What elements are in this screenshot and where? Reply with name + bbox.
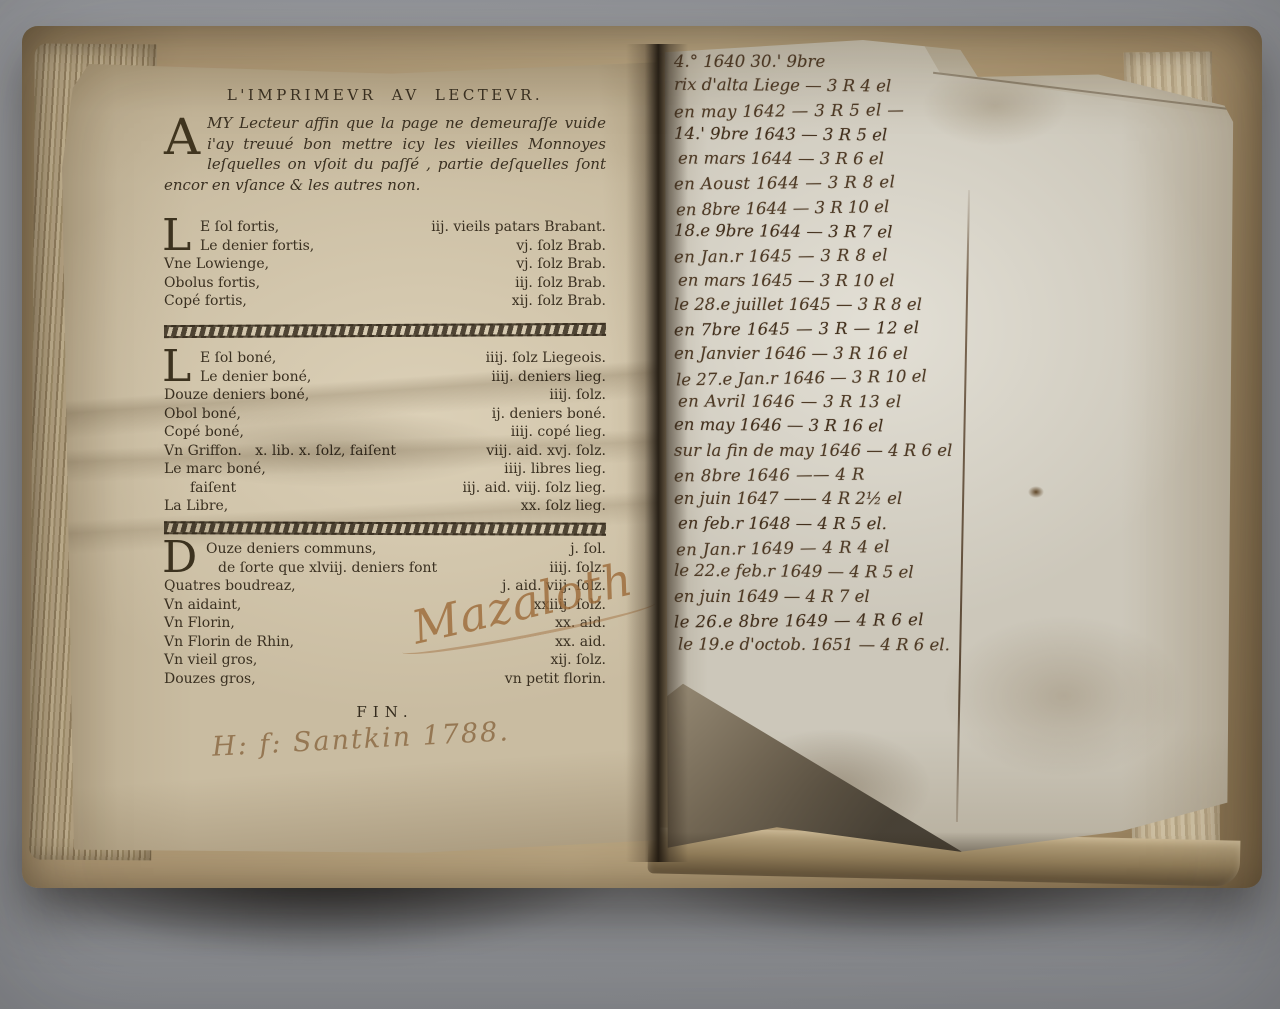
table-row: E ſol fortis, iij. vieils patars Brabant… [164,218,606,237]
entry-name: Obol boné, [164,405,241,424]
entry-name: Obolus fortis, [164,274,260,293]
entry-name: Douzes gros, [164,670,256,689]
entry-name: faiſent [190,479,236,498]
manuscript-line: le 19.e d'octob. 1651 — 4 R 6 el. [678,633,988,658]
manuscript-lines: 4.° 1640 30.' 9bre rix d'alta Liege — 3 … [674,50,984,657]
printed-page: L'IMPRIMEVR AV LECTEVR. AMY Lecteur affi… [62,56,660,856]
entry-name: Ouze deniers communs, [206,540,376,559]
manuscript-line: en Janvier 1646 — 3 R 16 el [674,342,984,366]
intro-text: MY Lecteur affin que la page ne demeuraſ… [164,114,606,194]
entry-value: iiij. ſolz Liegeois. [486,349,606,368]
entry-name: Copé boné, [164,423,244,442]
table-row: Douzes gros, vn petit florin. [164,670,606,689]
page-title: L'IMPRIMEVR AV LECTEVR. [164,86,606,104]
manuscript-line: le 28.e juillet 1645 — 3 R 8 el [674,293,984,317]
manuscript-line: en may 1646 — 3 R 16 el [674,413,984,440]
ornament-divider [164,521,606,536]
manuscript-line: en juin 1649 — 4 R 7 el [674,585,984,609]
entry-value: vn petit florin. [505,670,606,689]
manuscript-page: 4.° 1640 30.' 9bre rix d'alta Liege — 3 … [662,40,1236,860]
manuscript-line: le 22.e feb.r 1649 — 4 R 5 el [674,559,984,586]
entry-value: iij. ſolz Brab. [515,274,606,293]
manuscript-line: le 26.e 8bre 1649 — 4 R 6 el [674,607,984,634]
manuscript-line: en 8bre 1644 — 3 R 10 el [676,193,986,222]
table-row: Le denier boné, iiij. deniers lieg. [164,368,606,387]
drop-cap-l1: L [162,217,191,254]
entry-name: Vn vieil gros, [164,651,257,670]
manuscript-line: 4.° 1640 30.' 9bre [674,50,984,74]
entry-value: xij. ſolz. [550,651,606,670]
drop-cap-l2: L [162,348,191,385]
section2-rows: E ſol boné, iiij. ſolz Liegeois. Le deni… [164,349,606,516]
ink-stain [1028,486,1044,498]
table-row: Le marc boné, iiij. libres lieg. [164,460,606,479]
entry-name: E ſol boné, [200,349,276,368]
drop-cap-d: D [162,539,197,576]
manuscript-line: sur la fin de may 1646 — 4 R 6 el [674,439,984,463]
manuscript-line: en Jan.r 1645 — 3 R 8 el [674,243,984,270]
entry-value: vj. ſolz Brab. [516,255,606,274]
entry-value: iiij. deniers lieg. [491,368,606,387]
section1-rows: E ſol fortis, iij. vieils patars Brabant… [164,218,606,311]
entry-value: iij. aid. viij. ſolz lieg. [462,479,606,498]
entry-name: Vn Griffon. x. lib. x. ſolz, faiſent [164,442,396,461]
entry-value: iiij. ſolz. [549,386,606,405]
manuscript-line: en 7bre 1645 — 3 R — 12 el [674,316,984,343]
owner-inscription: H: f: Santkin 1788. [211,716,510,763]
ornament-divider [164,323,606,338]
book-gutter-shadow [626,44,688,862]
printed-text-block: L'IMPRIMEVR AV LECTEVR. AMY Lecteur affi… [164,56,606,856]
fin-label: FIN. [164,703,606,721]
entry-name: Vn Florin, [164,614,235,633]
manuscript-line: le 27.e Jan.r 1646 — 3 R 10 el [676,363,986,392]
entry-value: viij. aid. xvj. ſolz. [486,442,606,461]
manuscript-line: 14.' 9bre 1643 — 3 R 5 el [674,122,984,149]
entry-name: Vn Florin de Rhin, [164,633,294,652]
table-row: Le denier fortis, vj. ſolz Brab. [164,237,606,256]
table-row: Vn Griffon. x. lib. x. ſolz, faiſent vii… [164,442,606,461]
entry-name: Le denier fortis, [200,237,314,256]
manuscript-line: en 8bre 1646 —— 4 R [674,462,984,489]
manuscript-line: 18.e 9bre 1644 — 3 R 7 el [674,219,984,246]
entry-value: iiij. copé lieg. [511,423,606,442]
table-row: Copé boné, iiij. copé lieg. [164,423,606,442]
entry-value: iiij. libres lieg. [504,460,606,479]
entry-name: E ſol fortis, [200,218,279,237]
table-row: faiſent iij. aid. viij. ſolz lieg. [164,479,606,498]
section-sol-fortis: L E ſol fortis, iij. vieils patars Braba… [164,218,606,311]
entry-name: Le marc boné, [164,460,266,479]
manuscript-line: rix d'alta Liege — 3 R 4 el [674,73,984,100]
entry-value: xx. aid. [555,633,606,652]
table-row: E ſol boné, iiij. ſolz Liegeois. [164,349,606,368]
table-row: Obol boné, ij. deniers boné. [164,405,606,424]
entry-name: Vn aidaint, [164,596,241,615]
entry-value: ij. deniers boné. [492,405,606,424]
table-row: Vne Lowienge, vj. ſolz Brab. [164,255,606,274]
page-fold [662,655,962,860]
manuscript-line: en Aoust 1644 — 3 R 8 el [674,170,984,197]
drop-cap-a: A [164,113,207,158]
entry-name: La Libre, [164,497,228,516]
table-row: Copé fortis, xij. ſolz Brab. [164,292,606,311]
entry-value: iij. vieils patars Brabant. [431,218,606,237]
entry-value: xij. ſolz Brab. [512,292,606,311]
section-sol-bone: L E ſol boné, iiij. ſolz Liegeois. Le de… [164,349,606,516]
manuscript-line: en mars 1645 — 3 R 10 el [678,268,988,293]
table-row: Vn Florin de Rhin, xx. aid. [164,633,606,652]
table-row: Vn vieil gros, xij. ſolz. [164,651,606,670]
table-row: Douze deniers boné, iiij. ſolz. [164,386,606,405]
entry-value: xx. ſolz lieg. [521,497,606,516]
entry-name: Le denier boné, [200,368,311,387]
entry-value: vj. ſolz Brab. [516,237,606,256]
manuscript-line: en juin 1647 —— 4 R 2½ el [674,487,984,511]
table-row: Ouze deniers communs, j. ſol. [164,540,606,559]
intro-paragraph: AMY Lecteur affin que la page ne demeura… [164,113,606,195]
entry-name: de ſorte que xlviij. deniers font [218,559,437,578]
book-photograph: L'IMPRIMEVR AV LECTEVR. AMY Lecteur affi… [0,0,1280,1009]
manuscript-line: en may 1642 — 3 R 5 el — [674,97,984,124]
manuscript-line: en mars 1644 — 3 R 6 el [678,147,988,172]
manuscript-line: en Avril 1646 — 3 R 13 el [678,390,988,415]
entry-name: Copé fortis, [164,292,247,311]
entry-value: j. ſol. [570,540,606,559]
manuscript-line: en feb.r 1648 — 4 R 5 el. [678,511,988,536]
table-row: Obolus fortis, iij. ſolz Brab. [164,274,606,293]
table-row: La Libre, xx. ſolz lieg. [164,497,606,516]
